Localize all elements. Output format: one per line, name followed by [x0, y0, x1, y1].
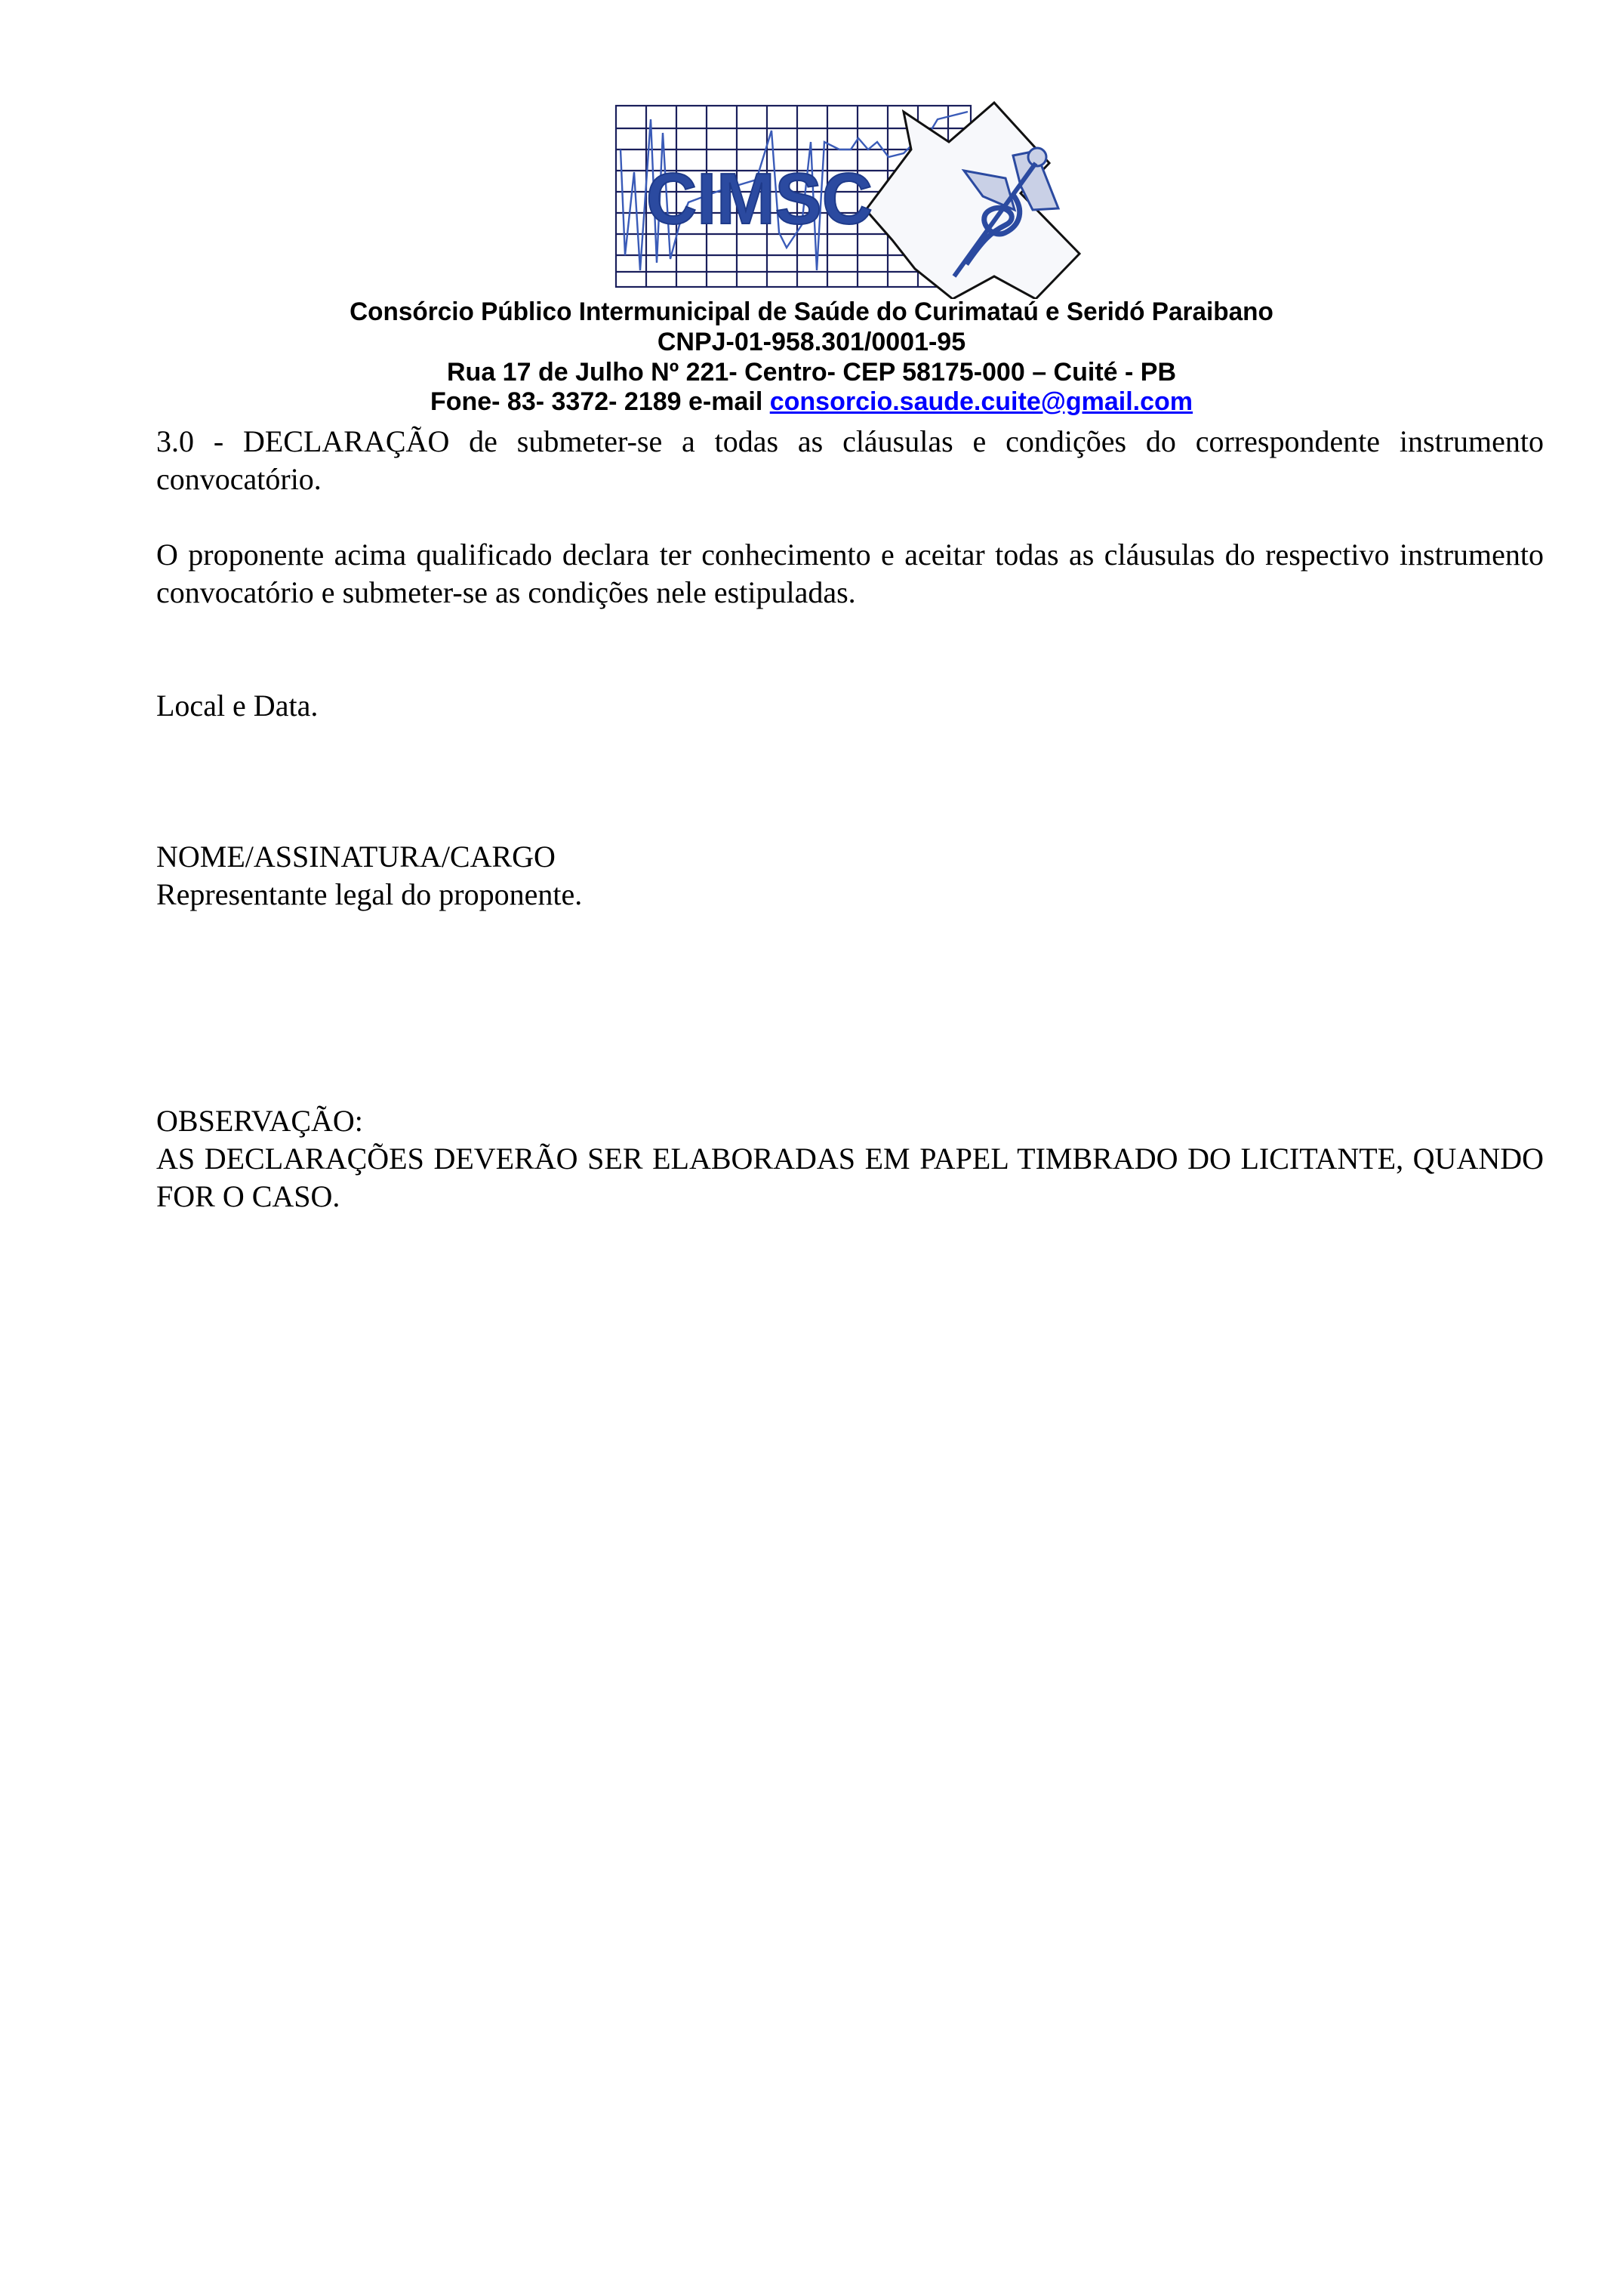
- svg-text:CIMSC: CIMSC: [646, 159, 873, 239]
- organization-contact: Fone- 83- 3372- 2189 e-mail consorcio.sa…: [0, 387, 1623, 417]
- signature-caption: Representante legal do proponente.: [156, 876, 1544, 914]
- phone-text: Fone- 83- 3372- 2189 e-mail: [430, 387, 770, 416]
- organization-cnpj: CNPJ-01-958.301/0001-95: [0, 327, 1623, 357]
- email-link[interactable]: consorcio.saude.cuite@gmail.com: [770, 387, 1193, 416]
- signature-line: NOME/ASSINATURA/CARGO: [156, 838, 1544, 876]
- statement-paragraph: O proponente acima qualificado declara t…: [156, 536, 1544, 612]
- organization-name: Consórcio Público Intermunicipal de Saúd…: [17, 297, 1607, 327]
- observation-text: AS DECLARAÇÕES DEVERÃO SER ELABORADAS EM…: [156, 1140, 1544, 1216]
- declaration-paragraph: 3.0 - DECLARAÇÃO de submeter-se a todas …: [156, 423, 1544, 498]
- signature-block: NOME/ASSINATURA/CARGO Representante lega…: [156, 838, 1544, 914]
- observation-block: OBSERVAÇÃO: AS DECLARAÇÕES DEVERÃO SER E…: [156, 1102, 1544, 1216]
- cimsc-logo: CIMSC: [613, 97, 1104, 299]
- document-page: CIMSC Consórcio Público Intermunicipal d…: [0, 0, 1623, 2296]
- observation-title: OBSERVAÇÃO:: [156, 1102, 1544, 1140]
- ecg-grid-caduceus-logo-icon: CIMSC: [613, 97, 1104, 299]
- organization-address: Rua 17 de Julho Nº 221- Centro- CEP 5817…: [0, 357, 1623, 387]
- place-date-line: Local e Data.: [156, 687, 1544, 725]
